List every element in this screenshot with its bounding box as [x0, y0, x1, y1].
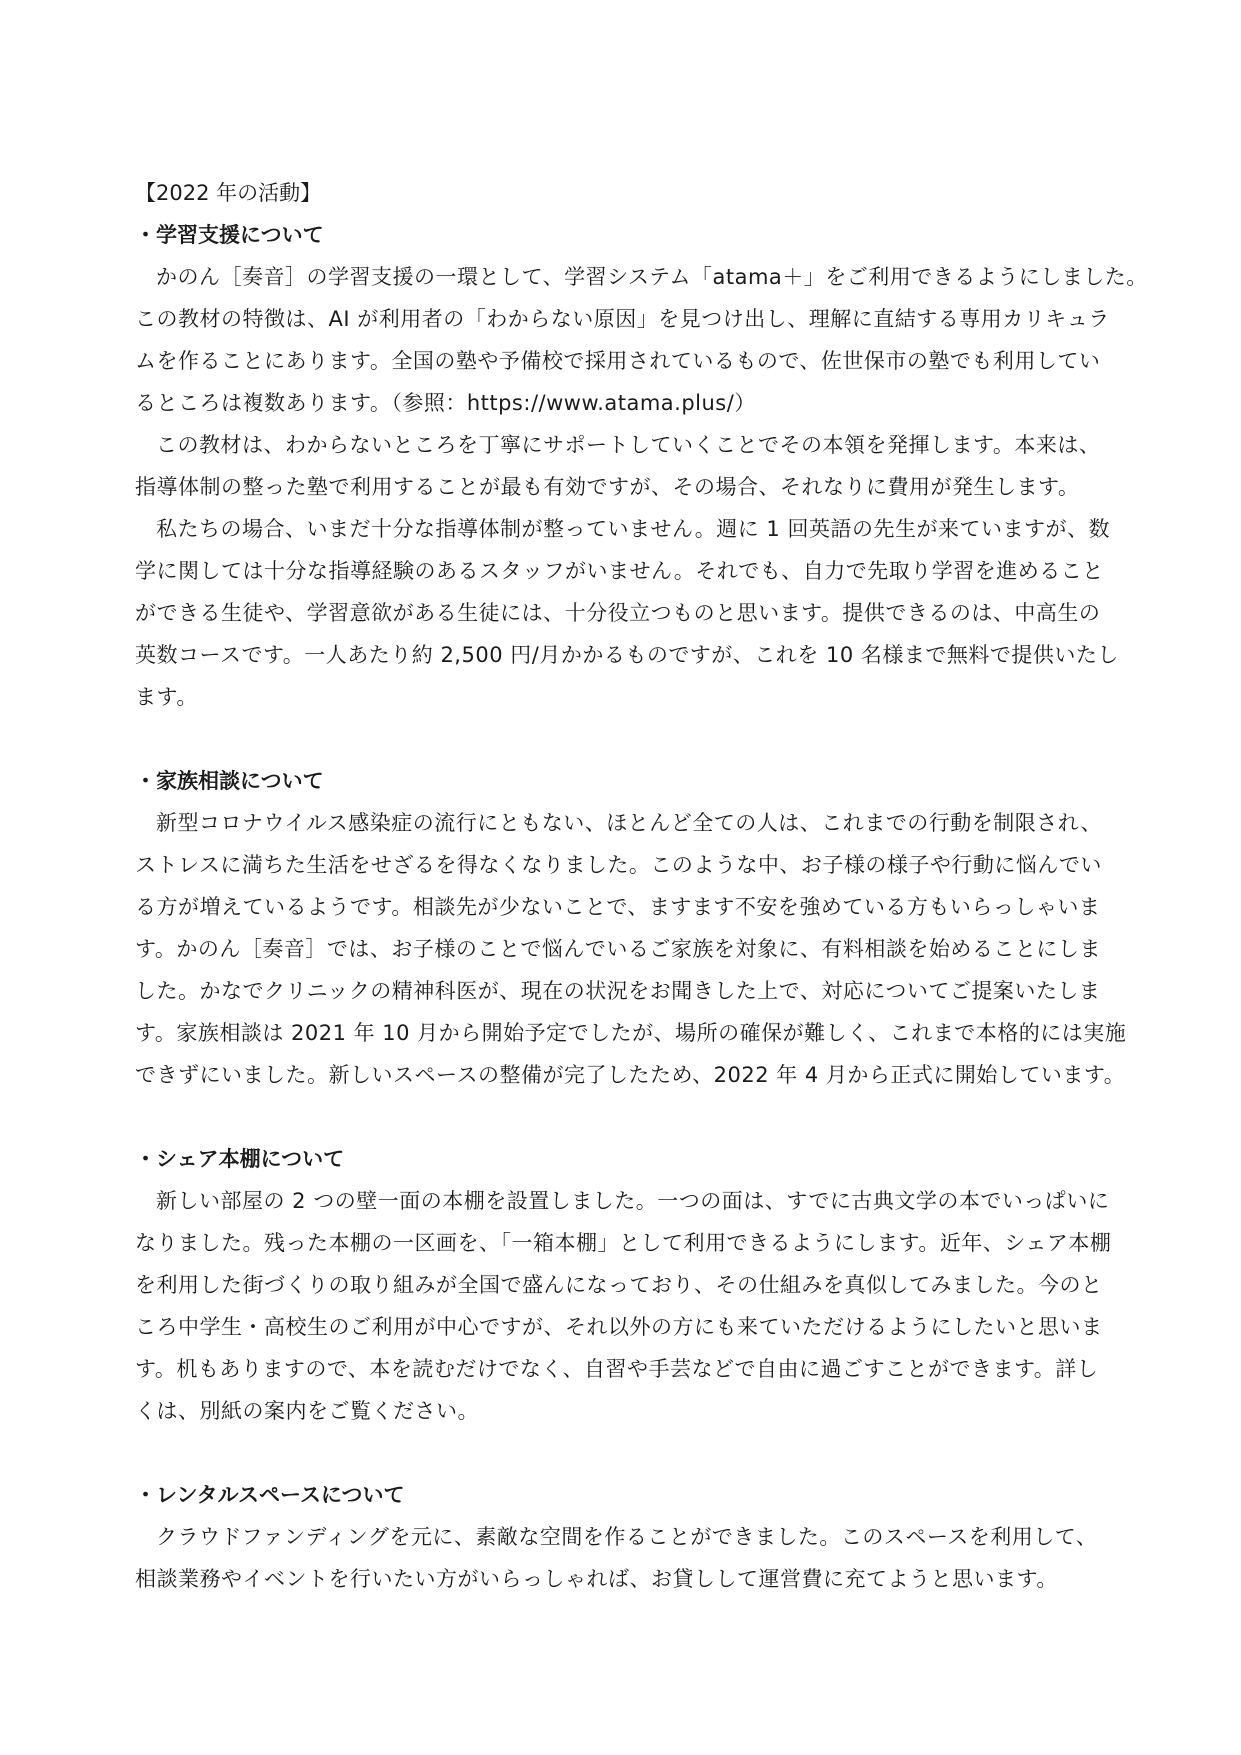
- section-shared-bookshelf: ・シェア本棚について 新しい部屋の 2 つの壁一面の本棚を設置しました。一つの面…: [135, 1138, 1113, 1432]
- text-line: ができる生徒や、学習意欲がある生徒には、十分役立つものと思います。提供できるのは…: [135, 592, 1113, 634]
- text-line: す。家族相談は 2021 年 10 月から開始予定でしたが、場所の確保が難しく、…: [135, 1012, 1113, 1054]
- text-line: 私たちの場合、いまだ十分な指導体制が整っていません。週に 1 回英語の先生が来て…: [135, 508, 1113, 550]
- text-line: ます。: [135, 676, 1113, 718]
- paragraph: 新しい部屋の 2 つの壁一面の本棚を設置しました。一つの面は、すでに古典文学の本…: [135, 1180, 1113, 1432]
- section-rental-space: ・レンタルスペースについて クラウドファンディングを元に、素敵な空間を作ることが…: [135, 1474, 1113, 1600]
- text-line: る方が増えているようです。相談先が少ないことで、ますます不安を強めている方もいら…: [135, 886, 1113, 928]
- text-line: できずにいました。新しいスペースの整備が完了したため、2022 年 4 月から正…: [135, 1054, 1113, 1096]
- text-line: この教材は、わからないところを丁寧にサポートしていくことでその本領を発揮します。…: [135, 424, 1113, 466]
- text-line: ころ中学生・高校生のご利用が中心ですが、それ以外の方にも来ていただけるようにした…: [135, 1306, 1113, 1348]
- doc-title: 【2022 年の活動】: [135, 172, 1113, 214]
- paragraph: 私たちの場合、いまだ十分な指導体制が整っていません。週に 1 回英語の先生が来て…: [135, 508, 1113, 718]
- text-line: るところは複数あります。（参照：https://www.atama.plus/）: [135, 382, 1113, 424]
- text-line: かのん［奏音］の学習支援の一環として、学習システム「atama＋」をご利用できる…: [135, 256, 1113, 298]
- text-line: クラウドファンディングを元に、素敵な空間を作ることができました。このスペースを利…: [135, 1516, 1113, 1558]
- section-heading: ・レンタルスペースについて: [135, 1474, 1113, 1516]
- section-heading: ・家族相談について: [135, 760, 1113, 802]
- paragraph: この教材は、わからないところを丁寧にサポートしていくことでその本領を発揮します。…: [135, 424, 1113, 508]
- text-line: す。机もありますので、本を読むだけでなく、自習や手芸などで自由に過ごすことができ…: [135, 1348, 1113, 1390]
- text-line: なりました。残った本棚の一区画を、「一箱本棚」として利用できるようにします。近年…: [135, 1222, 1113, 1264]
- document-page: 【2022 年の活動】 ・学習支援について かのん［奏音］の学習支援の一環として…: [0, 0, 1241, 1755]
- text-line: ムを作ることにあります。全国の塾や予備校で採用されているもので、佐世保市の塾でも…: [135, 340, 1113, 382]
- text-line: を利用した街づくりの取り組みが全国で盛んになっており、その仕組みを真似してみまし…: [135, 1264, 1113, 1306]
- section-heading: ・シェア本棚について: [135, 1138, 1113, 1180]
- section-family-consultation: ・家族相談について 新型コロナウイルス感染症の流行にともない、ほとんど全ての人は…: [135, 760, 1113, 1096]
- text-line: 新しい部屋の 2 つの壁一面の本棚を設置しました。一つの面は、すでに古典文学の本…: [135, 1180, 1113, 1222]
- text-line: ストレスに満ちた生活をせざるを得なくなりました。このような中、お子様の様子や行動…: [135, 844, 1113, 886]
- section-learning-support: ・学習支援について かのん［奏音］の学習支援の一環として、学習システム「atam…: [135, 214, 1113, 718]
- paragraph: 新型コロナウイルス感染症の流行にともない、ほとんど全ての人は、これまでの行動を制…: [135, 802, 1113, 1096]
- paragraph: クラウドファンディングを元に、素敵な空間を作ることができました。このスペースを利…: [135, 1516, 1113, 1600]
- text-line: 相談業務やイベントを行いたい方がいらっしゃれば、お貸しして運営費に充てようと思い…: [135, 1558, 1113, 1600]
- paragraph: かのん［奏音］の学習支援の一環として、学習システム「atama＋」をご利用できる…: [135, 256, 1113, 424]
- text-line: す。かのん［奏音］では、お子様のことで悩んでいるご家族を対象に、有料相談を始める…: [135, 928, 1113, 970]
- text-line: 学に関しては十分な指導経験のあるスタッフがいません。それでも、自力で先取り学習を…: [135, 550, 1113, 592]
- text-line: この教材の特徴は、AI が利用者の「わからない原因」を見つけ出し、理解に直結する…: [135, 298, 1113, 340]
- text-line: 英数コースです。一人あたり約 2,500 円/月かかるものですが、これを 10 …: [135, 634, 1113, 676]
- text-line: した。かなでクリニックの精神科医が、現在の状況をお聞きした上で、対応についてご提…: [135, 970, 1113, 1012]
- text-line: 指導体制の整った塾で利用することが最も有効ですが、その場合、それなりに費用が発生…: [135, 466, 1113, 508]
- section-heading: ・学習支援について: [135, 214, 1113, 256]
- text-line: 新型コロナウイルス感染症の流行にともない、ほとんど全ての人は、これまでの行動を制…: [135, 802, 1113, 844]
- text-line: くは、別紙の案内をご覧ください。: [135, 1390, 1113, 1432]
